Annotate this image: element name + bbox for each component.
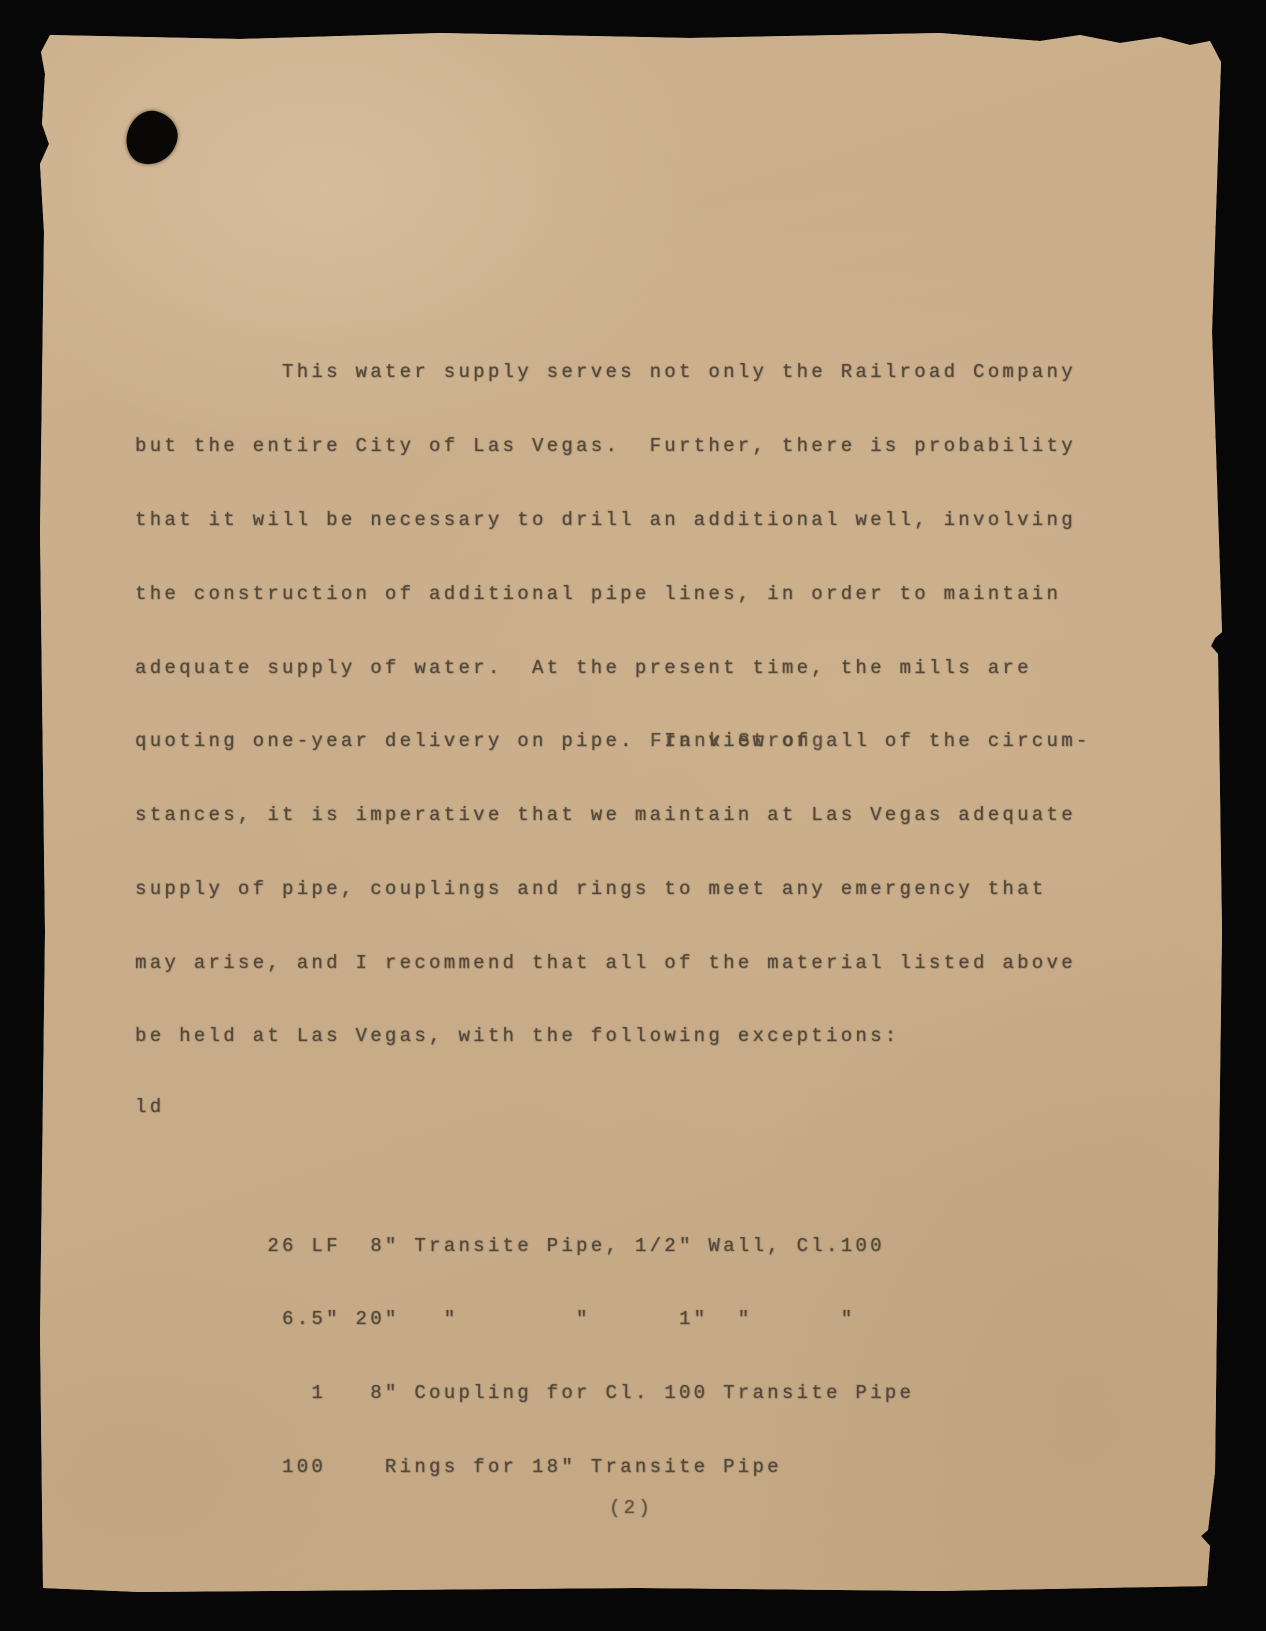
paragraph-line: but the entire City of Las Vegas. Furthe… (135, 434, 1091, 459)
paragraph-line: quoting one-year delivery on pipe. In vi… (135, 729, 1091, 754)
paragraph-line: This water supply serves not only the Ra… (135, 360, 1091, 385)
paragraph-line: stances, it is imperative that we mainta… (135, 803, 1091, 828)
typist-initials: ld (135, 1095, 164, 1120)
paragraph-line: supply of pipe, couplings and rings to m… (135, 877, 1091, 902)
paragraph-line: may arise, and I recommend that all of t… (135, 951, 1091, 976)
document-page: This water supply serves not only the Ra… (40, 32, 1222, 1592)
exceptions-list: 26 LF 8" Transite Pipe, 1/2" Wall, Cl.10… (135, 1184, 1091, 1528)
letter-body: This water supply serves not only the Ra… (135, 262, 1091, 1578)
page-number: (2) (40, 1496, 1222, 1521)
paragraph-line: that it will be necessary to drill an ad… (135, 508, 1091, 533)
paragraph-line: be held at Las Vegas, with the following… (135, 1024, 1091, 1049)
body-paragraph: This water supply serves not only the Ra… (135, 311, 1091, 1098)
signature: Frank Strong (650, 729, 826, 754)
paragraph-line: the construction of additional pipe line… (135, 582, 1091, 607)
exception-line: 6.5" 20" " " 1" " " (135, 1307, 1091, 1332)
exception-line: 100 Rings for 18" Transite Pipe (135, 1455, 1091, 1480)
paragraph-line: adequate supply of water. At the present… (135, 656, 1091, 681)
exception-line: 26 LF 8" Transite Pipe, 1/2" Wall, Cl.10… (135, 1234, 1091, 1259)
punch-hole (121, 106, 183, 170)
exception-line: 1 8" Coupling for Cl. 100 Transite Pipe (135, 1381, 1091, 1406)
